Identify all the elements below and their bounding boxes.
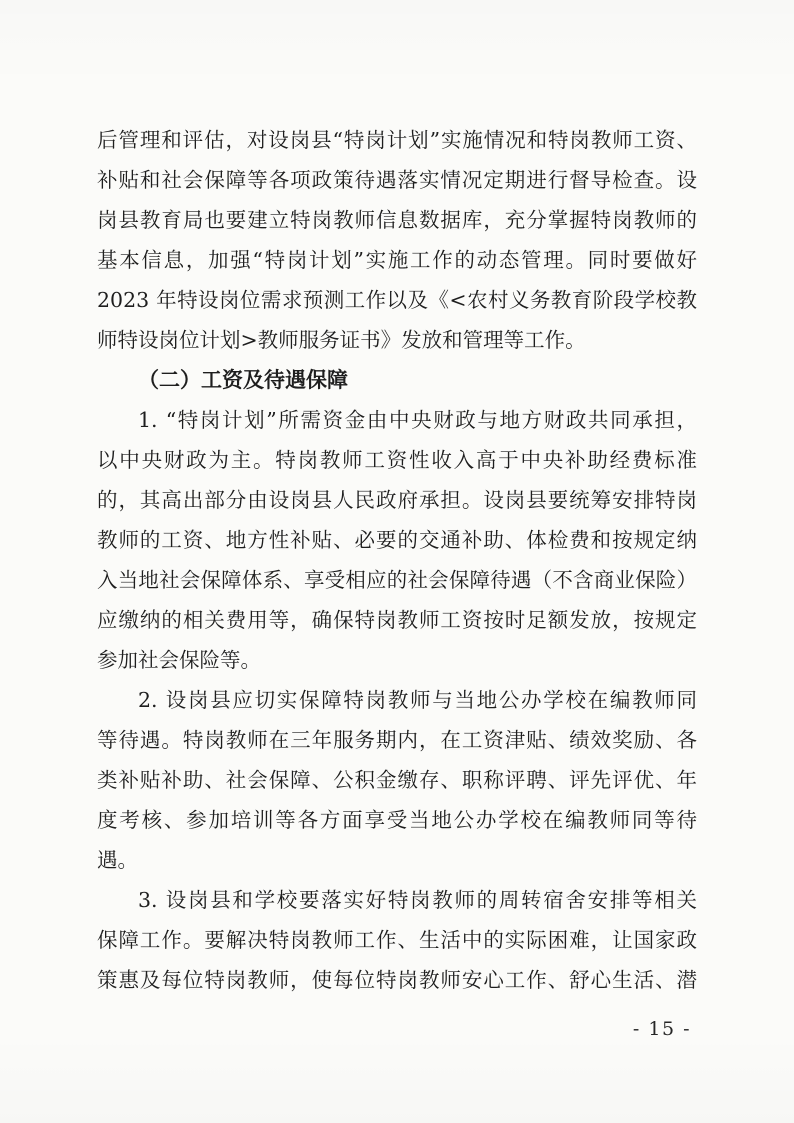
section-heading: （二）工资及待遇保障	[97, 360, 697, 400]
text-line: 入当地社会保障体系、享受相应的社会保障待遇（不含商业保险）	[97, 560, 697, 600]
text-line: 遇。	[97, 840, 697, 880]
text-line: 度考核、参加培训等各方面享受当地公办学校在编教师同等待	[97, 800, 697, 840]
text-line: 应缴纳的相关费用等，确保特岗教师工资按时足额发放，按规定	[97, 600, 697, 640]
text-line: 师特设岗位计划>教师服务证书》发放和管理等工作。	[97, 320, 697, 360]
text-line: 以中央财政为主。特岗教师工资性收入高于中央补助经费标准	[97, 440, 697, 480]
text-line: 保障工作。要解决特岗教师工作、生活中的实际困难，让国家政	[97, 920, 697, 960]
text-line: 类补贴补助、社会保障、公积金缴存、职称评聘、评先评优、年	[97, 760, 697, 800]
text-line: 2. 设岗县应切实保障特岗教师与当地公办学校在编教师同	[97, 680, 697, 720]
text-line: 等待遇。特岗教师在三年服务期内，在工资津贴、绩效奖励、各	[97, 720, 697, 760]
text-line: 3. 设岗县和学校要落实好特岗教师的周转宿舍安排等相关	[97, 880, 697, 920]
text-line: 1. “特岗计划”所需资金由中央财政与地方财政共同承担，	[97, 400, 697, 440]
text-line: 的，其高出部分由设岗县人民政府承担。设岗县要统筹安排特岗	[97, 480, 697, 520]
text-line: 岗县教育局也要建立特岗教师信息数据库，充分掌握特岗教师的	[97, 200, 697, 240]
document-body: 后管理和评估，对设岗县“特岗计划”实施情况和特岗教师工资、补贴和社会保障等各项政…	[97, 120, 697, 1000]
document-page: 后管理和评估，对设岗县“特岗计划”实施情况和特岗教师工资、补贴和社会保障等各项政…	[0, 0, 794, 1123]
text-line: 2023 年特设岗位需求预测工作以及《<农村义务教育阶段学校教	[97, 280, 697, 320]
text-line: 教师的工资、地方性补贴、必要的交通补助、体检费和按规定纳	[97, 520, 697, 560]
page-number: - 15 -	[633, 1018, 691, 1040]
text-line: 基本信息，加强“特岗计划”实施工作的动态管理。同时要做好	[97, 240, 697, 280]
text-line: 策惠及每位特岗教师，使每位特岗教师安心工作、舒心生活、潜	[97, 960, 697, 1000]
text-line: 补贴和社会保障等各项政策待遇落实情况定期进行督导检查。设	[97, 160, 697, 200]
text-line: 后管理和评估，对设岗县“特岗计划”实施情况和特岗教师工资、	[97, 120, 697, 160]
text-line: 参加社会保险等。	[97, 640, 697, 680]
